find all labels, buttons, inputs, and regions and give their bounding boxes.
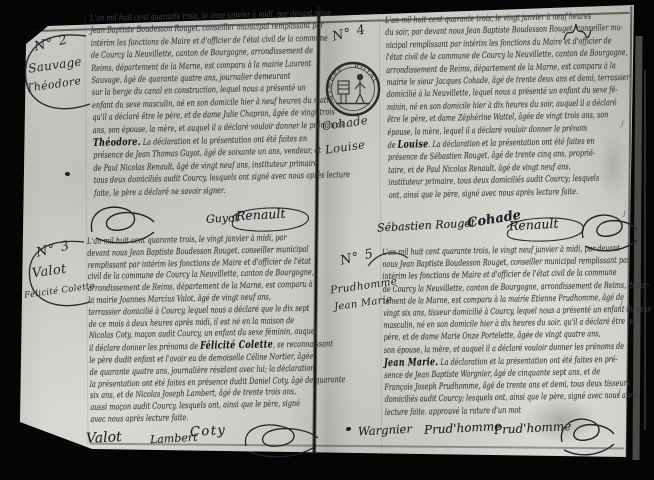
signature-renault: Renault [236, 206, 286, 224]
ink-smudge [524, 396, 598, 444]
signature-prudhomme-1: Prud'homme [424, 419, 502, 437]
ink-smudge [598, 130, 628, 200]
margin-firstname: Théodore [25, 74, 82, 95]
entry-number: N° 5 [339, 246, 376, 268]
signature-row: Wargnier Prud'homme Prud'homme [344, 414, 648, 456]
signature-guyot: Guyot [206, 211, 240, 226]
entry-text-block: L'an mil huit cent quarante trois, le vi… [87, 233, 322, 427]
scanned-register-spread: N° 2 Sauvage Théodore L'an mil huit cent… [0, 0, 654, 480]
signature-row: Valot Lambert Coty [84, 418, 328, 452]
entry-number: N° 4 [331, 22, 368, 44]
margin-surname: Valot [31, 262, 67, 282]
margin-surname: Sauvage [27, 54, 82, 75]
entry-number: N° 3 [35, 238, 72, 260]
margin-note-cohade-louise: N° 4 TIMBRE ROYAL Cohade Louise [322, 24, 392, 166]
timbre-royal-stamp: TIMBRE ROYAL [324, 60, 382, 118]
signature-sebastien-rouget: Sébastien Rouget [377, 216, 476, 234]
highlighted-given-name: Félicité Colette [200, 339, 273, 352]
entry-number: N° 2 [33, 32, 70, 54]
signature-coty: Coty [190, 423, 227, 440]
margin-firstname: Louise [324, 137, 366, 156]
marginal-squiggle-mark [562, 20, 592, 46]
margin-firstname: Félicité Colette [24, 281, 96, 301]
highlighted-given-name: Théodore. [93, 136, 141, 149]
signature-valot: Valot [86, 429, 123, 447]
highlighted-given-name: Louise [398, 138, 429, 151]
signature-wargnier: Wargnier [358, 422, 413, 439]
entry-text-block: L'an mil huit cent quarante trois, le on… [90, 8, 322, 200]
highlighted-given-name: Jean Marie. [384, 356, 439, 369]
entry-text-block: L'an mil huit cent quarante trois, le vi… [382, 243, 635, 419]
margin-note-sauvage-theodore: N° 2 Sauvage Théodore [24, 30, 96, 116]
signature-renault: Renault [509, 216, 559, 234]
